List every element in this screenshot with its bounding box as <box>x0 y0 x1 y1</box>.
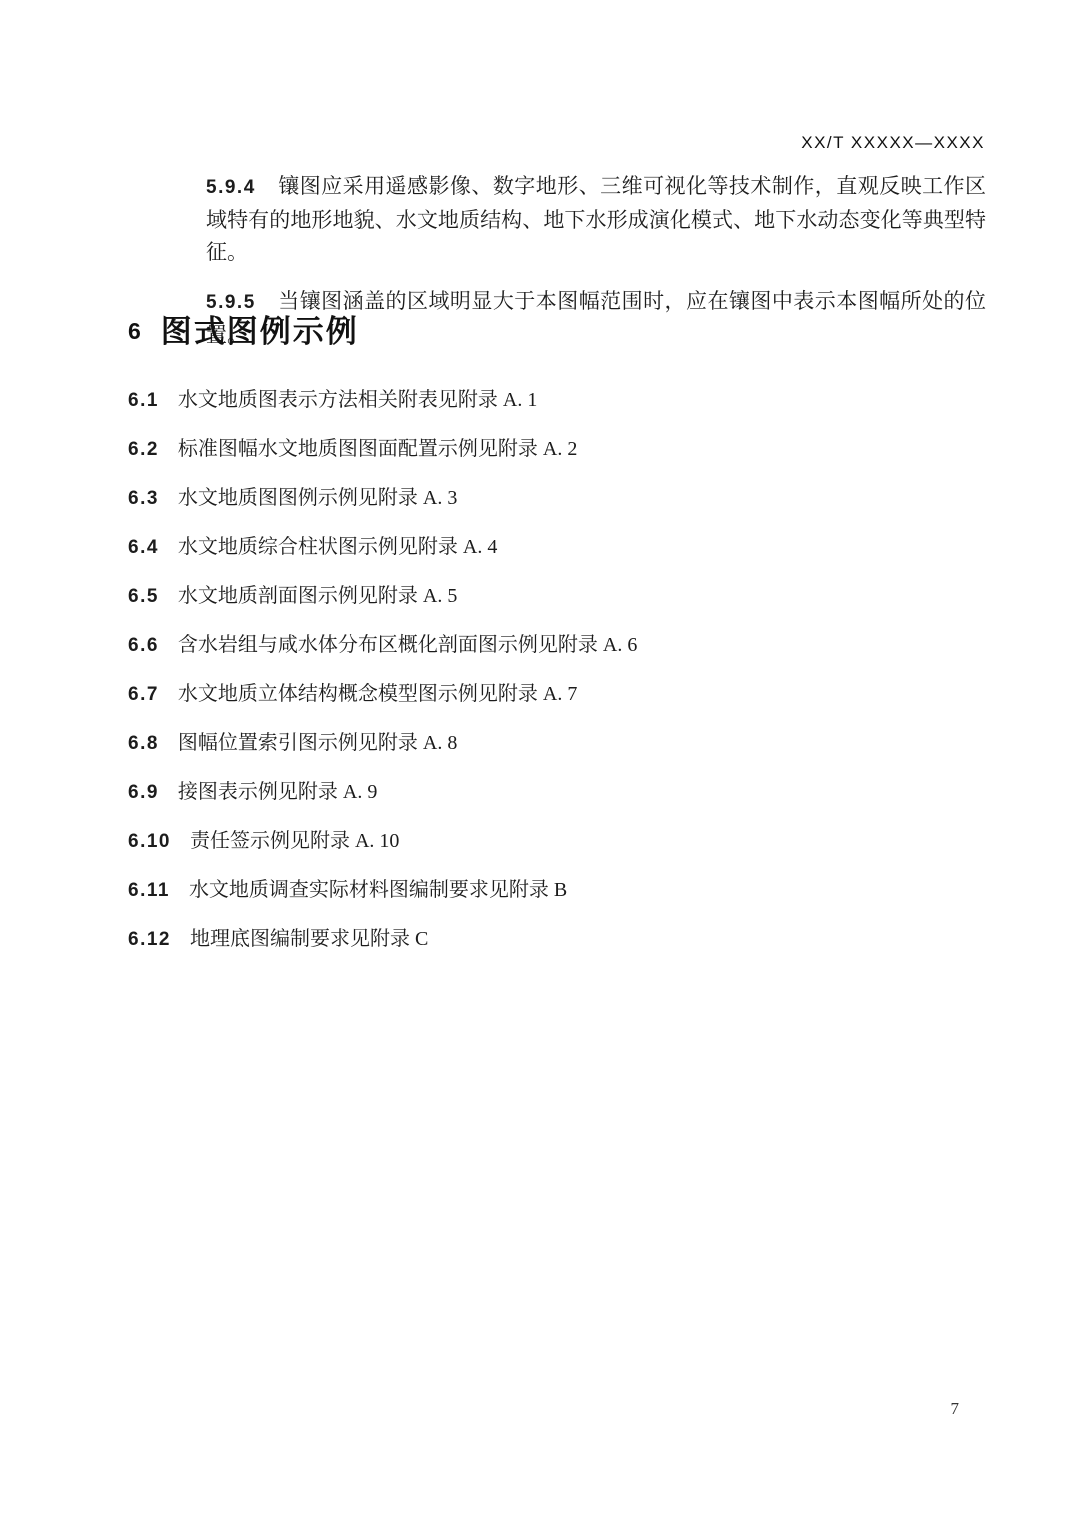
clause-text: 接图表示例见附录 A. 9 <box>178 781 377 803</box>
clause-text: 图幅位置索引图示例见附录 A. 8 <box>178 732 457 754</box>
section-heading: 6图式图例示例 <box>128 306 359 351</box>
clause-number: 6.8 <box>128 733 159 754</box>
doc-code-header: XX/T XXXXX—XXXX <box>801 133 985 153</box>
list-item: 6.3水文地质图图例示例见附录 A. 3 <box>128 484 988 513</box>
list-item: 6.10责任签示例见附录 A. 10 <box>128 827 988 856</box>
clause-text: 地理底图编制要求见附录 C <box>190 928 428 950</box>
clause-text: 水文地质剖面图示例见附录 A. 5 <box>178 585 457 607</box>
clause-number: 6.6 <box>128 635 159 656</box>
list-item: 6.7水文地质立体结构概念模型图示例见附录 A. 7 <box>128 680 988 709</box>
clause-number: 6.3 <box>128 488 159 509</box>
clause-number: 6.10 <box>128 831 171 852</box>
clause-text: 水文地质综合柱状图示例见附录 A. 4 <box>178 536 497 558</box>
list-item: 6.8图幅位置索引图示例见附录 A. 8 <box>128 729 988 758</box>
clause-text: 水文地质图图例示例见附录 A. 3 <box>178 487 457 509</box>
list-item: 6.12地理底图编制要求见附录 C <box>128 925 988 954</box>
clause-number: 6.5 <box>128 586 159 607</box>
paragraph-text: 镶图应采用遥感影像、数字地形、三维可视化等技术制作，直观反映工作区域特有的地形地… <box>206 174 986 264</box>
list-item: 6.9接图表示例见附录 A. 9 <box>128 778 988 807</box>
clause-number: 6.1 <box>128 390 159 411</box>
list-item: 6.5水文地质剖面图示例见附录 A. 5 <box>128 582 988 611</box>
clause-number: 6.11 <box>128 880 170 901</box>
clause-number: 6.7 <box>128 684 159 705</box>
clause-number: 6.12 <box>128 929 171 950</box>
clause-text: 水文地质调查实际材料图编制要求见附录 B <box>189 879 567 901</box>
clause-text: 水文地质图表示方法相关附表见附录 A. 1 <box>178 389 537 411</box>
list-item: 6.2标准图幅水文地质图图面配置示例见附录 A. 2 <box>128 435 988 464</box>
clause-text: 责任签示例见附录 A. 10 <box>190 830 399 852</box>
clause-number: 5.9.4 <box>206 177 256 198</box>
list-item: 6.4水文地质综合柱状图示例见附录 A. 4 <box>128 533 988 562</box>
clause-text: 含水岩组与咸水体分布区概化剖面图示例见附录 A. 6 <box>178 634 637 656</box>
clause-text: 水文地质立体结构概念模型图示例见附录 A. 7 <box>178 683 577 705</box>
page-number: 7 <box>951 1399 960 1419</box>
clause-list: 6.1水文地质图表示方法相关附表见附录 A. 1 6.2标准图幅水文地质图图面配… <box>128 386 988 974</box>
list-item: 6.6含水岩组与咸水体分布区概化剖面图示例见附录 A. 6 <box>128 631 988 660</box>
document-page: XX/T XXXXX—XXXX 5.9.4镶图应采用遥感影像、数字地形、三维可视… <box>0 0 1080 1527</box>
list-item: 6.11水文地质调查实际材料图编制要求见附录 B <box>128 876 988 905</box>
clause-text: 标准图幅水文地质图图面配置示例见附录 A. 2 <box>178 438 577 460</box>
list-item: 6.1水文地质图表示方法相关附表见附录 A. 1 <box>128 386 988 415</box>
clause-number: 6.9 <box>128 782 159 803</box>
section-title: 图式图例示例 <box>161 314 359 349</box>
clause-number: 6.2 <box>128 439 159 460</box>
paragraph-5-9-4: 5.9.4镶图应采用遥感影像、数字地形、三维可视化等技术制作，直观反映工作区域特… <box>206 170 986 268</box>
clause-number: 6.4 <box>128 537 159 558</box>
section-number: 6 <box>128 318 141 344</box>
